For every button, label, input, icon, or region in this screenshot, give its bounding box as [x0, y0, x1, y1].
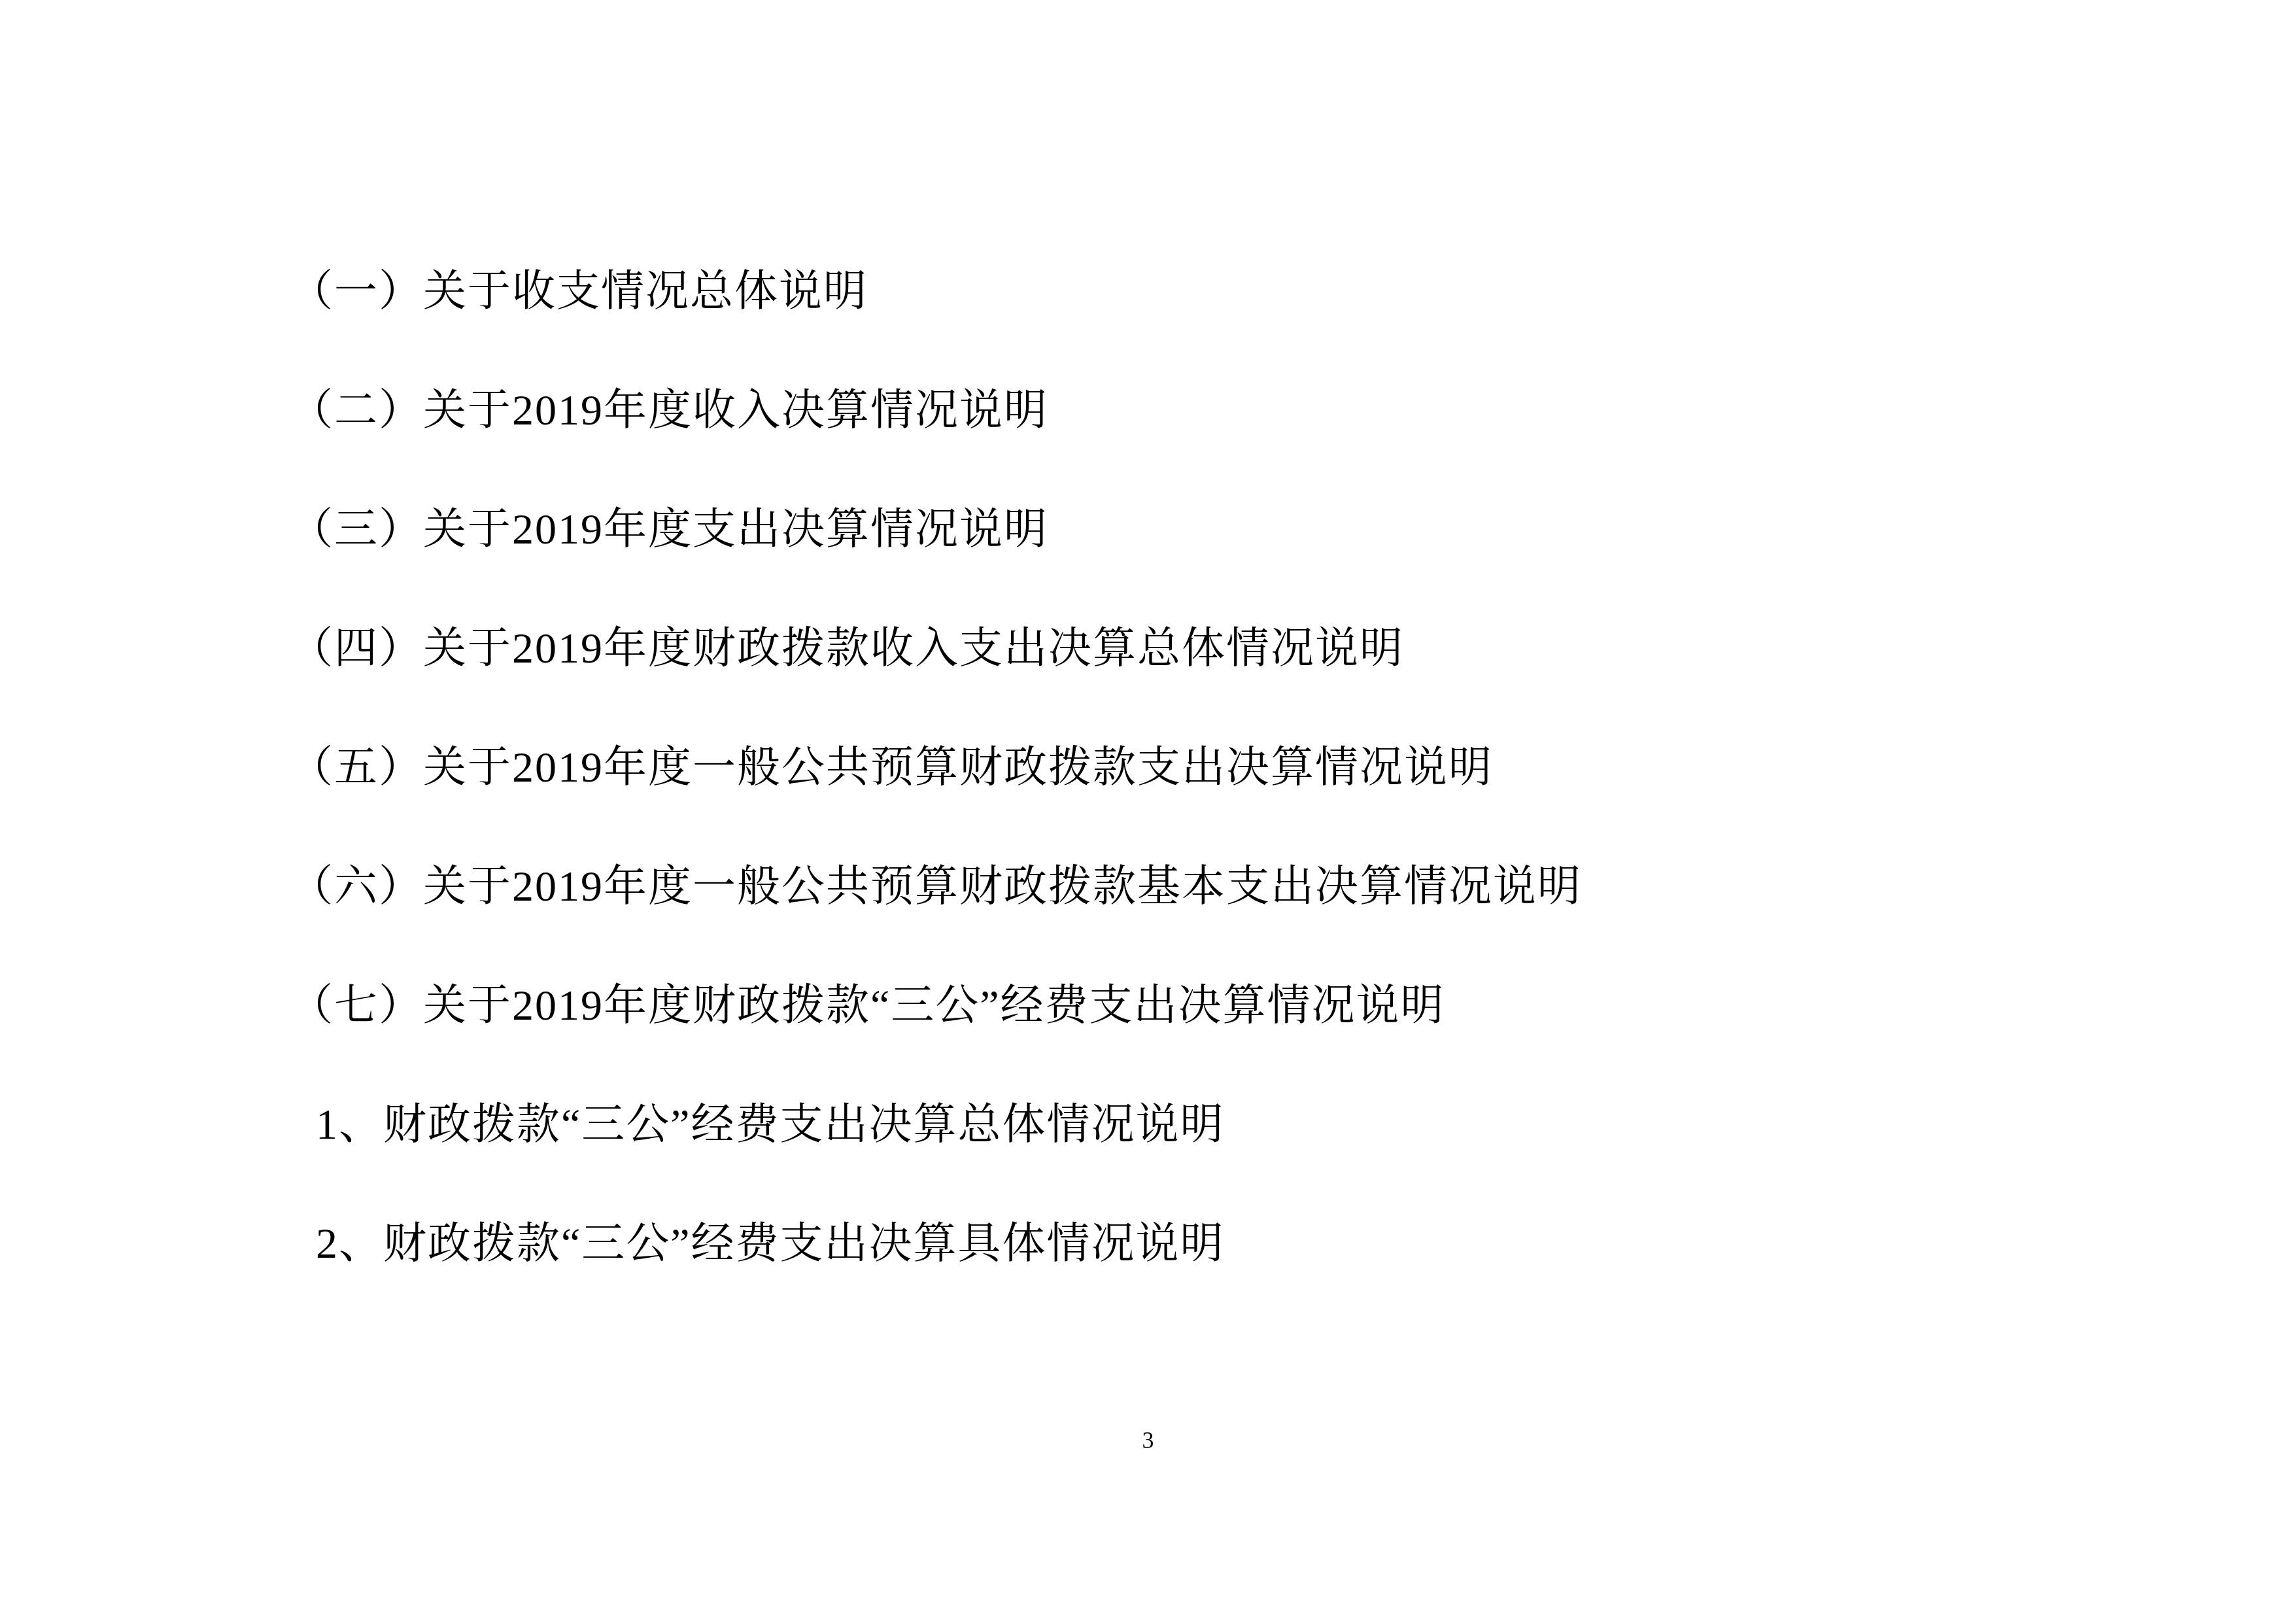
toc-item-5: （五）关于2019年度一般公共预算财政拨款支出决算情况说明	[290, 746, 2100, 790]
toc-list: （一）关于收支情况总体说明 （二）关于2019年度收入决算情况说明 （三）关于2…	[290, 269, 2100, 1341]
toc-item-7: （七）关于2019年度财政拨款“三公”经费支出决算情况说明	[290, 984, 2100, 1028]
toc-subitem-2: 2、财政拨款“三公”经费支出决算具体情况说明	[316, 1222, 2100, 1266]
toc-item-2: （二）关于2019年度收入决算情况说明	[290, 389, 2100, 433]
toc-item-6: （六）关于2019年度一般公共预算财政拨款基本支出决算情况说明	[290, 865, 2100, 909]
toc-item-3: （三）关于2019年度支出决算情况说明	[290, 508, 2100, 552]
page-number: 3	[0, 1427, 2296, 1453]
toc-subitem-1: 1、财政拨款“三公”经费支出决算总体情况说明	[316, 1103, 2100, 1147]
toc-item-4: （四）关于2019年度财政拨款收入支出决算总体情况说明	[290, 627, 2100, 671]
toc-item-1: （一）关于收支情况总体说明	[290, 269, 2100, 314]
document-page: （一）关于收支情况总体说明 （二）关于2019年度收入决算情况说明 （三）关于2…	[0, 0, 2296, 1624]
